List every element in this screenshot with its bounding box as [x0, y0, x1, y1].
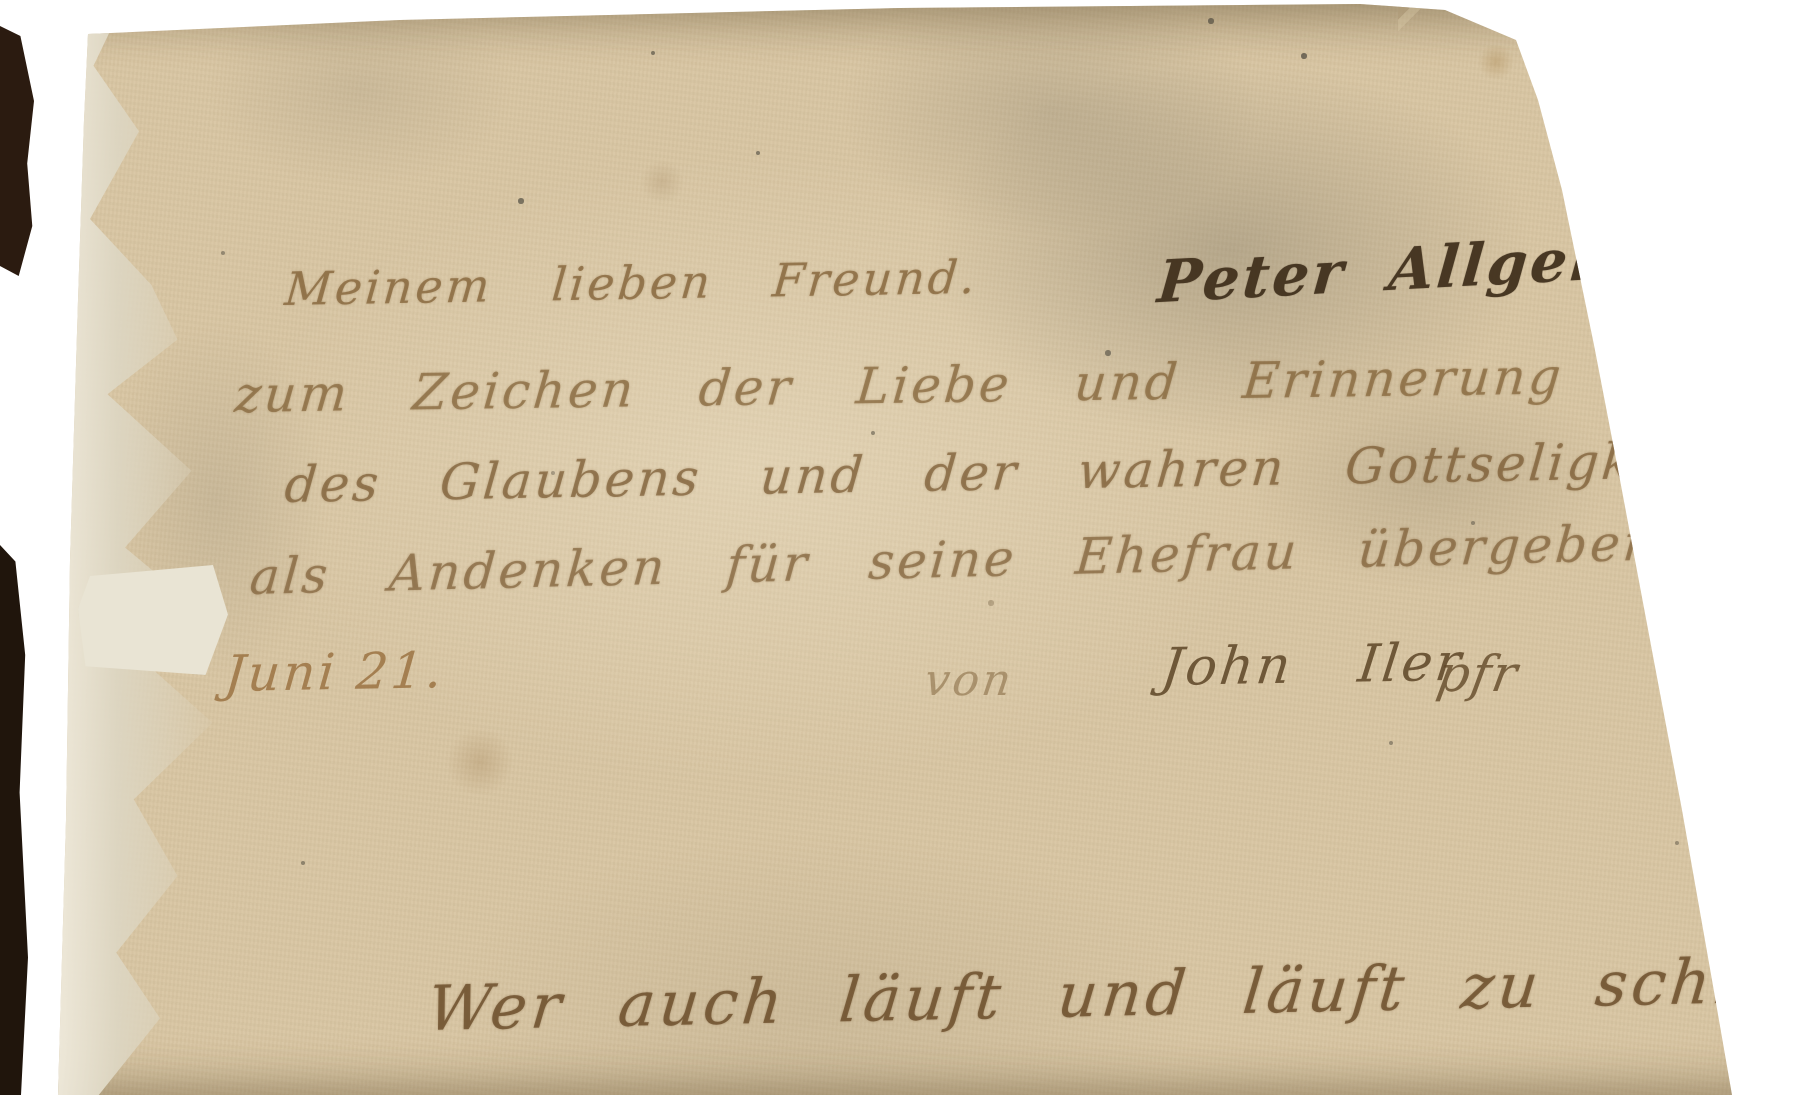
inscription-line2: zum Zeichen der Liebe und Erinnerung	[232, 347, 1566, 424]
book-flyleaf-photo: Meinem lieben Freund. Peter Allgelt zum …	[0, 0, 1800, 1095]
inscription-line4: als Andenken für seine Ehefrau übergeben	[248, 514, 1661, 607]
inscription-date: Juni 21.	[222, 641, 447, 703]
inscription-line3: des Glaubens und der wahren Gottseligkei…	[282, 431, 1712, 514]
paper-repair-patch	[78, 565, 228, 675]
inscription-giver-title: pfr	[1433, 645, 1524, 703]
inscription-bottom-line: Wer auch läuft und läuft zu schlaff	[424, 942, 1800, 1045]
inscription-line1-recipient-name: Peter Allgelt	[1155, 223, 1628, 316]
book-page: Meinem lieben Freund. Peter Allgelt zum …	[0, 0, 1800, 1095]
inscription-von: von	[921, 655, 1017, 706]
corner-fold	[1398, 0, 1558, 130]
inscription-line1-dedication: Meinem lieben Freund.	[283, 250, 981, 316]
book-spine-bottom-fragment	[0, 545, 28, 1095]
book-spine-top-fragment	[0, 26, 34, 276]
torn-page-edge	[55, 0, 230, 1095]
inscription-giver-name: John Iler	[1158, 633, 1467, 698]
ink-specks	[0, 0, 2, 2]
